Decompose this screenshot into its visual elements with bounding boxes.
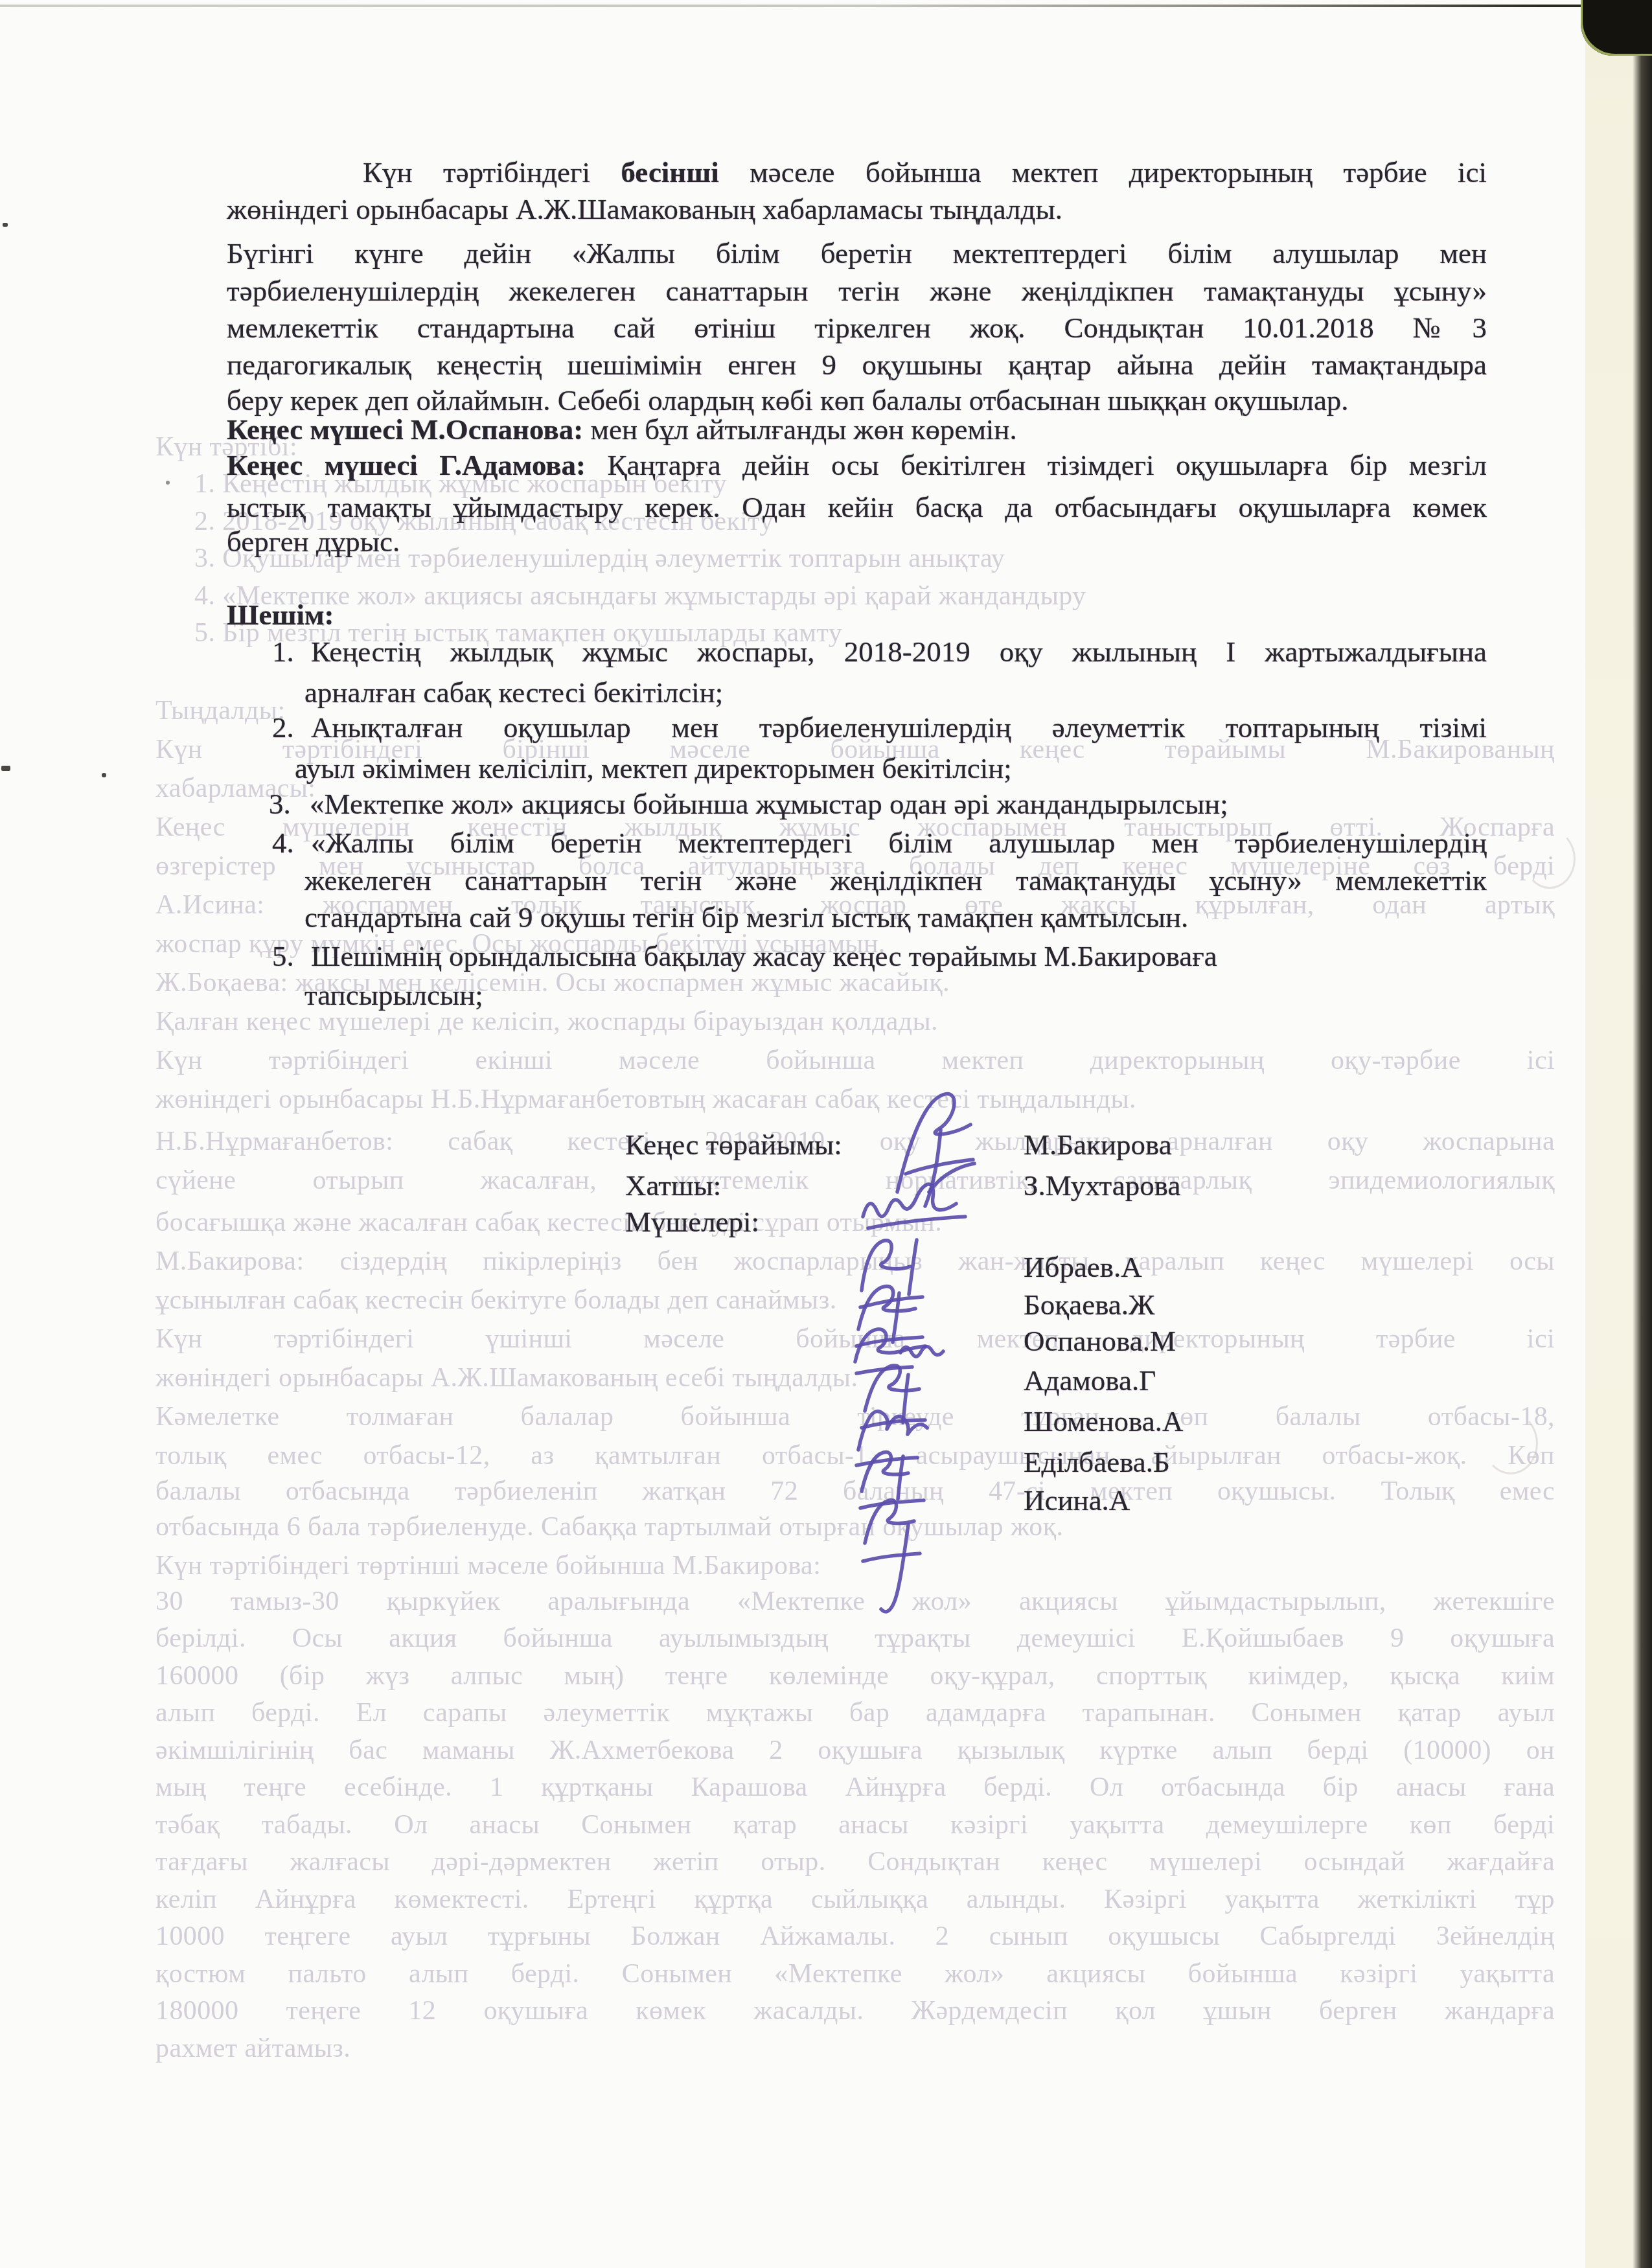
paper-speck <box>102 773 106 777</box>
chair-signature <box>897 1094 973 1206</box>
paper-crease-mark <box>1484 1412 1538 1474</box>
signatures-ink-layer <box>0 0 1652 2268</box>
paper-crease-mark <box>1524 829 1576 889</box>
paper-speck <box>3 223 8 227</box>
paper-speck <box>166 481 170 485</box>
member-signature-7 <box>863 1500 920 1612</box>
paper-speck <box>1 766 10 771</box>
scan-top-edge-line <box>0 5 1589 7</box>
secretary-signature <box>863 1163 974 1228</box>
scan-right-dark-edge <box>1633 34 1652 2268</box>
scanned-document-page: Күн тәртібі: 1. Кеңестің жылдық жұмыс жо… <box>0 0 1652 2268</box>
scan-corner-shadow <box>1581 0 1652 56</box>
